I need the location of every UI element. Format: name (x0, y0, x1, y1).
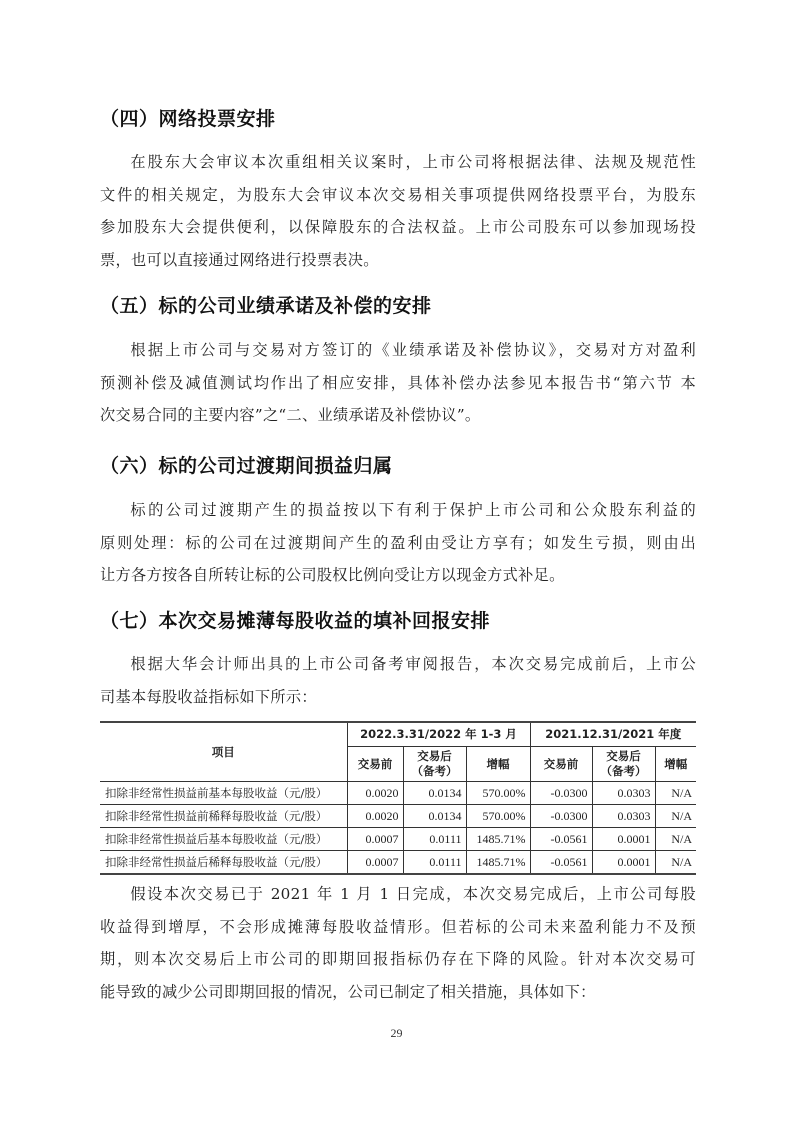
row-label: 扣除非经常性损益后稀释每股收益（元/股） (100, 851, 347, 875)
row-label: 扣除非经常性损益前稀释每股收益（元/股） (100, 805, 347, 828)
cell-value: N/A (655, 828, 696, 851)
cell-value: 0.0111 (403, 851, 466, 875)
change-header: 增幅 (655, 747, 696, 782)
table-row: 扣除非经常性损益后稀释每股收益（元/股） 0.0007 0.0111 1485.… (100, 851, 696, 875)
text-line: 假设本次交易已于 2021 年 1 月 1 日完成，本次交易完成后，上市公司每股 (100, 878, 696, 911)
cell-value: 0.0303 (592, 805, 655, 828)
text-line: 原则处理：标的公司在过渡期间产生的盈利由受让方享有；如发生亏损，则由出 (100, 527, 696, 560)
after-trade-pro-forma-header: 交易后（备考） (403, 747, 466, 782)
cell-value: 0.0020 (347, 805, 403, 828)
header-line: （备考） (601, 764, 647, 778)
table-row: 扣除非经常性损益前基本每股收益（元/股） 0.0020 0.0134 570.0… (100, 782, 696, 805)
cell-value: N/A (655, 782, 696, 805)
row-label: 扣除非经常性损益后基本每股收益（元/股） (100, 828, 347, 851)
header-line: 交易后 (417, 749, 452, 763)
cell-value: 570.00% (466, 805, 530, 828)
text-line: 文件的相关规定，为股东大会审议本次交易相关事项提供网络投票平台，为股东 (100, 179, 696, 212)
page-number: 29 (0, 1026, 793, 1041)
cell-value: -0.0561 (530, 828, 592, 851)
row-label: 扣除非经常性损益前基本每股收益（元/股） (100, 782, 347, 805)
section-heading-4: （四）网络投票安排 (100, 104, 276, 131)
cell-value: 0.0001 (592, 828, 655, 851)
period-2022q1-header: 2022.3.31/2022 年 1-3 月 (347, 722, 530, 747)
text-line: 根据大华会计师出具的上市公司备考审阅报告，本次交易完成前后，上市公 (100, 648, 696, 681)
cell-value: 0.0001 (592, 851, 655, 875)
text-line: 参加股东大会提供便利，以保障股东的合法权益。上市公司股东可以参加现场投 (100, 211, 696, 244)
cell-value: 1485.71% (466, 851, 530, 875)
text-line: 收益得到增厚，不会形成摊薄每股收益情形。但若标的公司未来盈利能力不及预 (100, 911, 696, 944)
text-line: 标的公司过渡期产生的损益按以下有利于保护上市公司和公众股东利益的 (100, 494, 696, 527)
before-trade-header: 交易前 (530, 747, 592, 782)
cell-value: 0.0303 (592, 782, 655, 805)
cell-value: 570.00% (466, 782, 530, 805)
cell-value: N/A (655, 851, 696, 875)
cell-value: -0.0300 (530, 805, 592, 828)
period-2021-header: 2021.12.31/2021 年度 (530, 722, 696, 747)
document-page: （四）网络投票安排 在股东大会审议本次重组相关议案时，上市公司将根据法律、法规及… (0, 0, 793, 1122)
cell-value: 0.0007 (347, 828, 403, 851)
change-header: 增幅 (466, 747, 530, 782)
section-heading-6: （六）标的公司过渡期间损益归属 (100, 451, 393, 478)
text-line: 司基本每股收益指标如下所示： (100, 681, 696, 714)
section-7-intro-paragraph: 根据大华会计师出具的上市公司备考审阅报告，本次交易完成前后，上市公 司基本每股收… (100, 648, 696, 713)
eps-comparison-table: 项目 2022.3.31/2022 年 1-3 月 2021.12.31/202… (100, 721, 696, 875)
text-line: 票，也可以直接通过网络进行投票表决。 (100, 244, 696, 277)
cell-value: 0.0134 (403, 805, 466, 828)
section-heading-7: （七）本次交易摊薄每股收益的填补回报安排 (100, 606, 490, 633)
section-5-paragraph: 根据上市公司与交易对方签订的《业绩承诺及补偿协议》，交易对方对盈利 预测补偿及减… (100, 334, 696, 432)
text-line: 期，则本次交易后上市公司的即期回报指标仍存在下降的风险。针对本次交易可 (100, 943, 696, 976)
text-line: 在股东大会审议本次重组相关议案时，上市公司将根据法律、法规及规范性 (100, 146, 696, 179)
section-heading-5: （五）标的公司业绩承诺及补偿的安排 (100, 291, 432, 318)
cell-value: N/A (655, 805, 696, 828)
after-trade-pro-forma-header: 交易后（备考） (592, 747, 655, 782)
text-line: 预测补偿及减值测试均作出了相应安排，具体补偿办法参见本报告书“第六节 本 (100, 367, 696, 400)
section-6-paragraph: 标的公司过渡期产生的损益按以下有利于保护上市公司和公众股东利益的 原则处理：标的… (100, 494, 696, 592)
table-row: 扣除非经常性损益后基本每股收益（元/股） 0.0007 0.0111 1485.… (100, 828, 696, 851)
cell-value: 0.0134 (403, 782, 466, 805)
text-line: 次交易合同的主要内容”之“二、业绩承诺及补偿协议”。 (100, 399, 696, 432)
header-line: 交易后 (606, 749, 641, 763)
before-trade-header: 交易前 (347, 747, 403, 782)
text-line: 让方各方按各自所转让标的公司股权比例向受让方以现金方式补足。 (100, 559, 696, 592)
cell-value: 0.0111 (403, 828, 466, 851)
table-group-header-row: 项目 2022.3.31/2022 年 1-3 月 2021.12.31/202… (100, 722, 696, 747)
header-line: （备考） (412, 764, 458, 778)
cell-value: 1485.71% (466, 828, 530, 851)
cell-value: 0.0007 (347, 851, 403, 875)
table-row: 扣除非经常性损益前稀释每股收益（元/股） 0.0020 0.0134 570.0… (100, 805, 696, 828)
text-line: 能导致的减少公司即期回报的情况，公司已制定了相关措施，具体如下： (100, 976, 696, 1009)
item-column-header: 项目 (100, 722, 347, 782)
cell-value: 0.0020 (347, 782, 403, 805)
text-line: 根据上市公司与交易对方签订的《业绩承诺及补偿协议》，交易对方对盈利 (100, 334, 696, 367)
section-4-paragraph: 在股东大会审议本次重组相关议案时，上市公司将根据法律、法规及规范性 文件的相关规… (100, 146, 696, 276)
cell-value: -0.0300 (530, 782, 592, 805)
section-7-assumption-paragraph: 假设本次交易已于 2021 年 1 月 1 日完成，本次交易完成后，上市公司每股… (100, 878, 696, 1008)
cell-value: -0.0561 (530, 851, 592, 875)
